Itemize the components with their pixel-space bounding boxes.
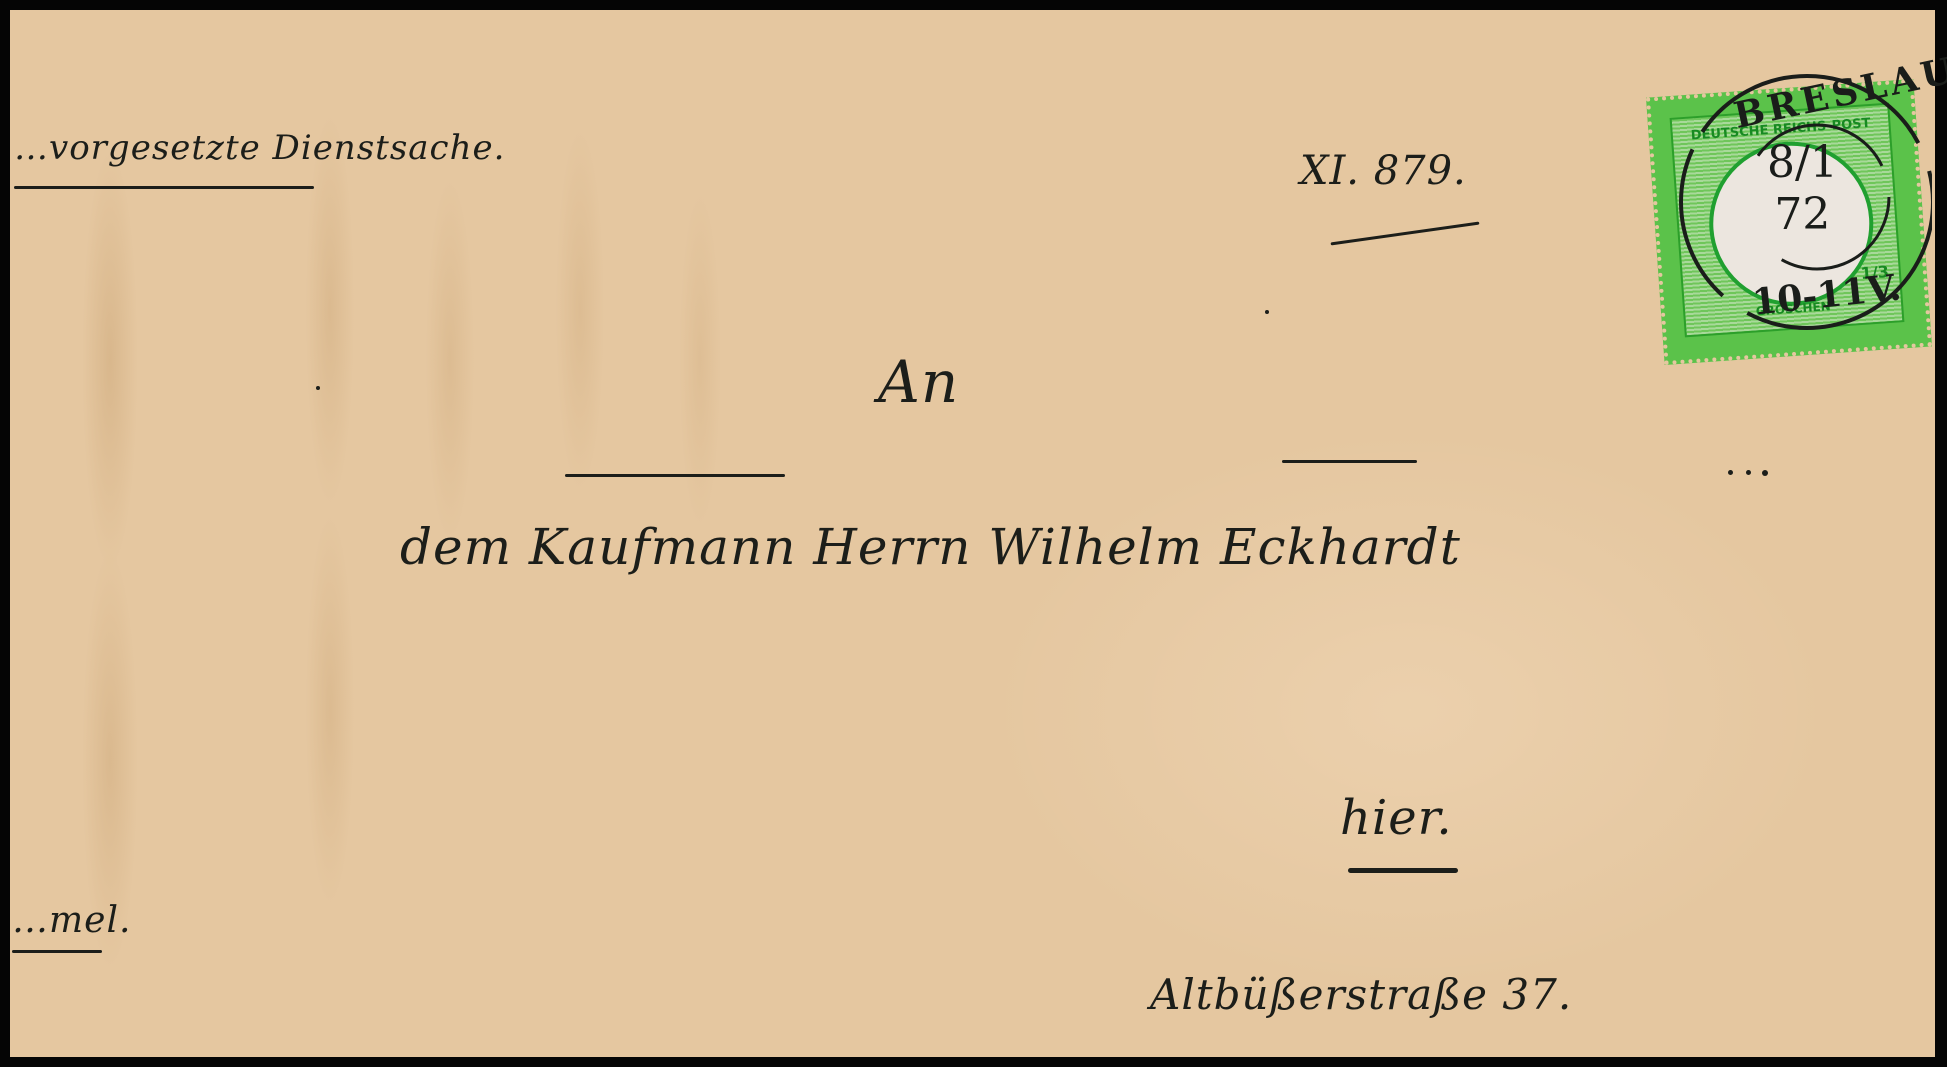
reference-number: XI. 879. (1300, 148, 1467, 194)
addressee-overline-2 (1282, 460, 1417, 463)
left-margin-note: …mel. (12, 900, 131, 941)
postmark-year: 72 (1767, 189, 1838, 241)
ink-speck (1265, 310, 1269, 314)
street-address: Altbüßerstraße 37. (1150, 970, 1572, 1019)
reference-underline (1331, 222, 1480, 246)
locality-underline (1348, 868, 1458, 873)
left-margin-underline (12, 950, 102, 953)
locality: hier. (1340, 790, 1453, 846)
header-note: …vorgesetzte Dienstsache. (14, 128, 505, 168)
addressee-overline-1 (565, 474, 785, 477)
postmark-date: 8/1 72 (1767, 137, 1838, 241)
salutation: An (878, 348, 959, 416)
postmark: BRESLAU 8/1 72 10-11V. (1672, 52, 1932, 342)
ink-speck (316, 386, 320, 390)
ink-speck (1728, 470, 1733, 475)
addressee-line: dem Kaufmann Herrn Wilhelm Eckhardt (400, 518, 1461, 576)
ink-speck (1762, 470, 1768, 476)
postmark-day-month: 8/1 (1767, 137, 1838, 189)
header-note-underline (14, 186, 314, 189)
ink-speck (1746, 470, 1751, 475)
envelope-paper: …vorgesetzte Dienstsache. XI. 879. An de… (10, 10, 1935, 1057)
